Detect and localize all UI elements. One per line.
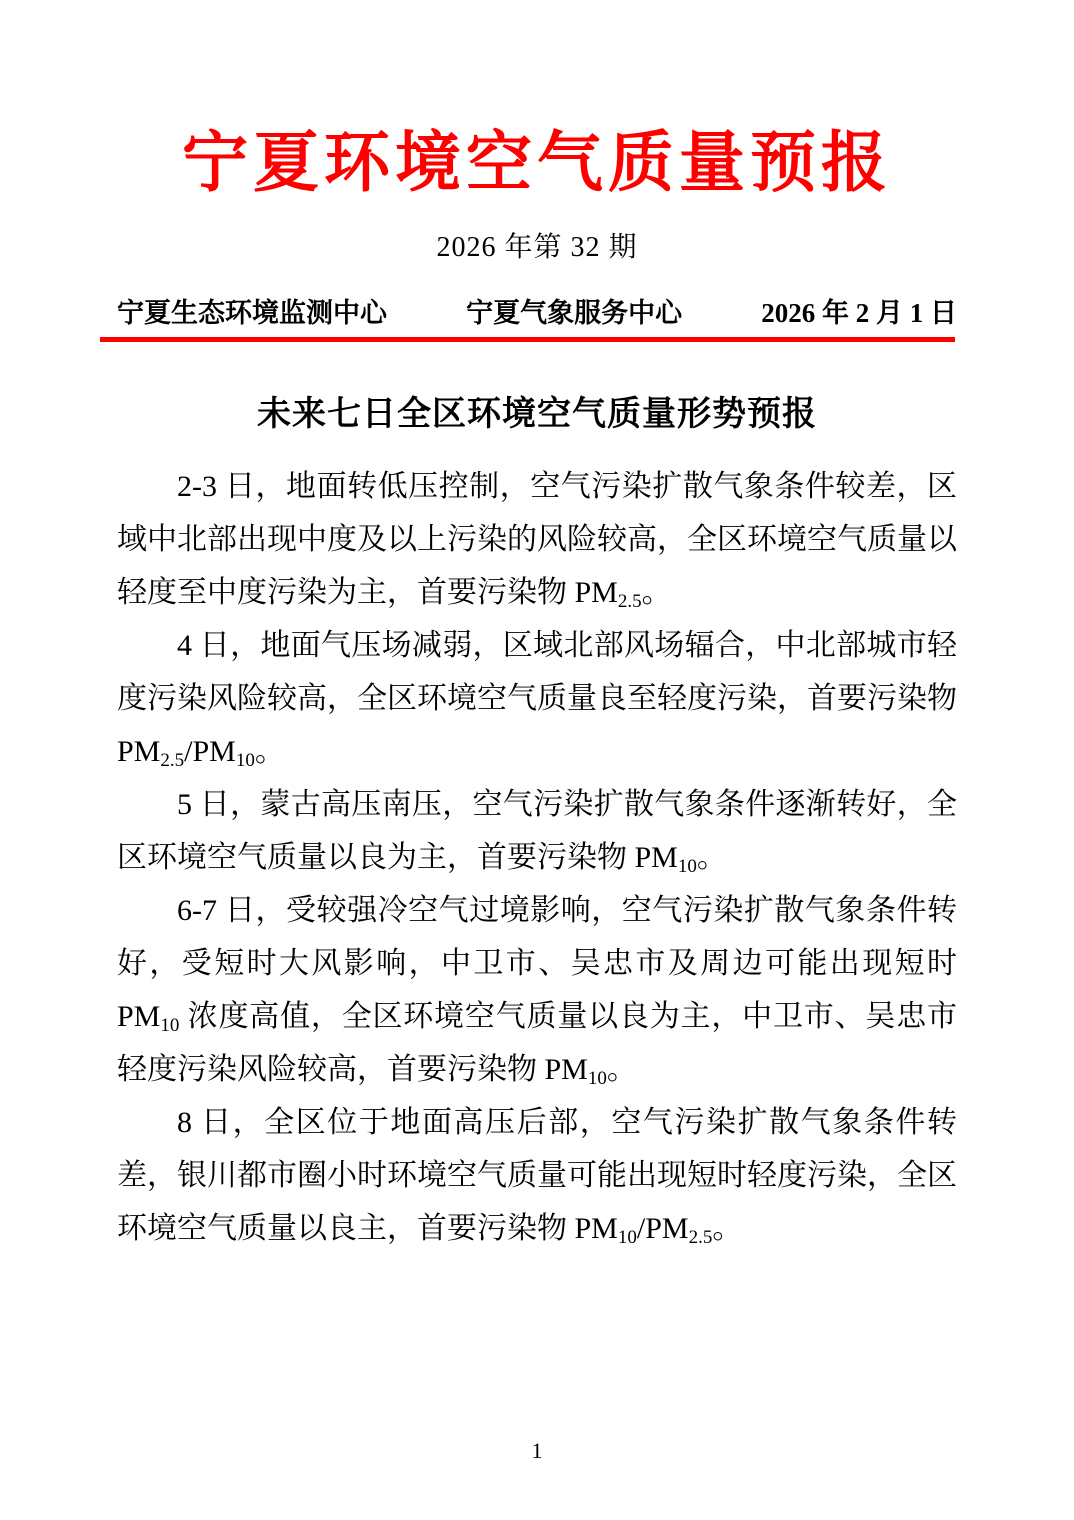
pollutant-subscript: 2.5 <box>618 591 642 612</box>
pollutant-subscript: 10 <box>678 856 697 877</box>
pollutant-subscript: 10 <box>588 1068 607 1089</box>
paragraph: 6-7 日，受较强冷空气过境影响，空气污染扩散气象条件转好，受短时大风影响，中卫… <box>117 884 957 1096</box>
page-number: 1 <box>0 1438 1074 1464</box>
issue-number: 2026 年第 32 期 <box>117 225 957 265</box>
org-date-row: 宁夏生态环境监测中心 宁夏气象服务中心 2026 年 2 月 1 日 <box>117 291 957 330</box>
pollutant-subscript: 10 <box>236 750 255 771</box>
org-monitoring-center: 宁夏生态环境监测中心 <box>117 291 387 330</box>
issue-date: 2026 年 2 月 1 日 <box>761 291 957 330</box>
section-title: 未来七日全区环境空气质量形势预报 <box>117 386 957 435</box>
header-divider-rule <box>100 337 955 342</box>
org-weather-service-center: 宁夏气象服务中心 <box>466 291 682 330</box>
paragraph: 2-3 日，地面转低压控制，空气污染扩散气象条件较差，区域中北部出现中度及以上污… <box>117 460 957 619</box>
pollutant-subscript: 10 <box>618 1227 637 1248</box>
body-paragraphs: 2-3 日，地面转低压控制，空气污染扩散气象条件较差，区域中北部出现中度及以上污… <box>117 460 957 1255</box>
document-title: 宁夏环境空气质量预报 <box>117 128 957 199</box>
paragraph: 5 日，蒙古高压南压，空气污染扩散气象条件逐渐转好，全区环境空气质量以良为主，首… <box>117 778 957 884</box>
paragraph: 4 日，地面气压场减弱，区域北部风场辐合，中北部城市轻度污染风险较高，全区环境空… <box>117 619 957 778</box>
pollutant-subscript: 2.5 <box>689 1227 713 1248</box>
paragraph: 8 日，全区位于地面高压后部，空气污染扩散气象条件转差，银川都市圈小时环境空气质… <box>117 1096 957 1255</box>
pollutant-subscript: 2.5 <box>160 750 184 771</box>
document-page: 宁夏环境空气质量预报 2026 年第 32 期 宁夏生态环境监测中心 宁夏气象服… <box>0 0 1074 1255</box>
pollutant-subscript: 10 <box>160 1015 179 1036</box>
